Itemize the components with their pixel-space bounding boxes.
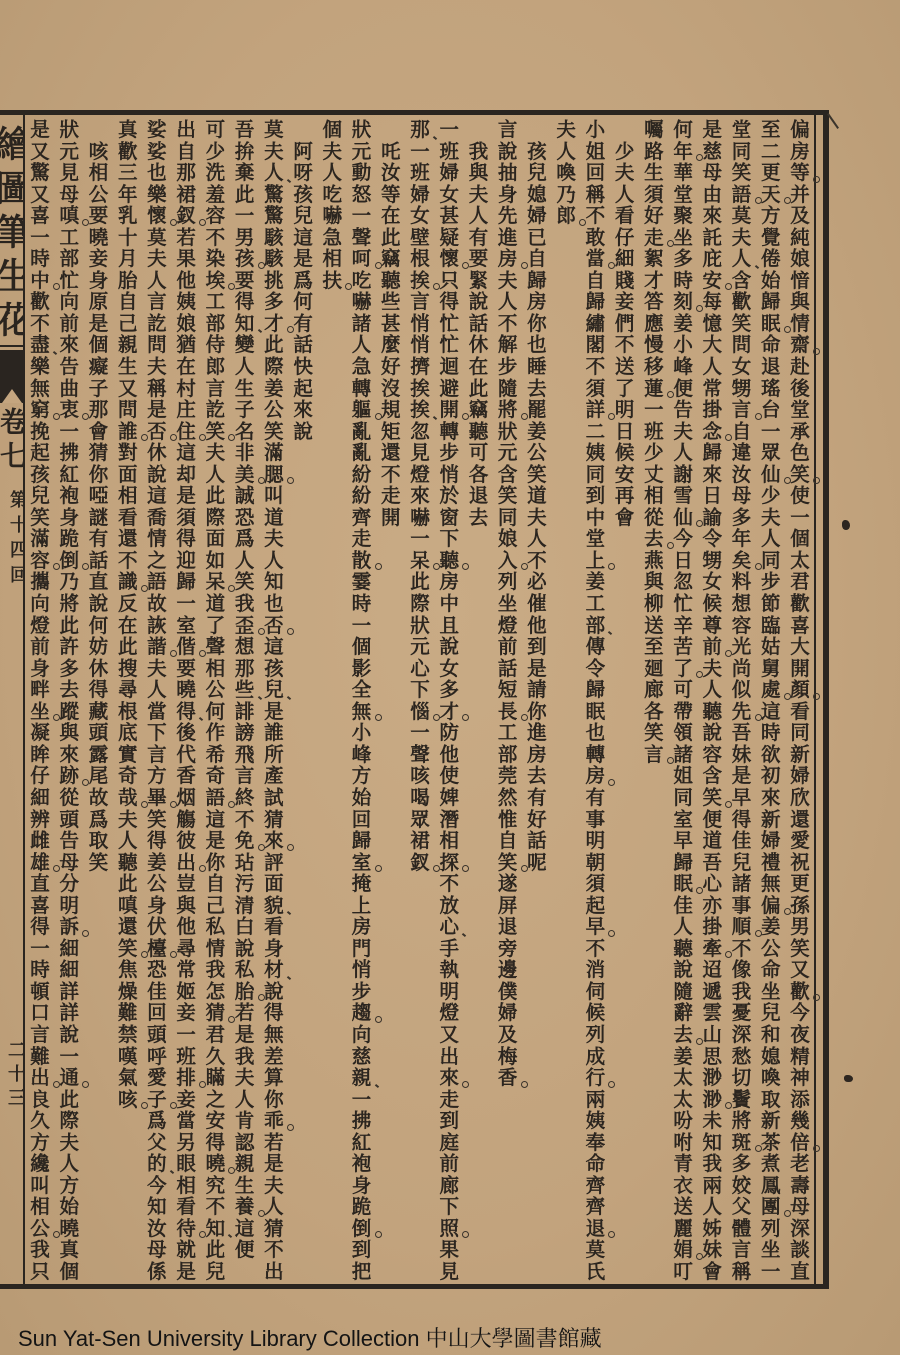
- character: 謝: [672, 464, 694, 486]
- punctuation-circle-icon: [258, 262, 265, 269]
- character: 悄: [438, 464, 460, 486]
- character: 這: [263, 636, 285, 658]
- character: 生: [643, 162, 665, 184]
- character: 到: [438, 1110, 460, 1132]
- character: 女: [438, 658, 460, 680]
- character: 歡: [117, 141, 139, 163]
- character: 曲: [58, 378, 80, 400]
- character: 咳: [409, 765, 431, 787]
- character: 一: [351, 615, 373, 637]
- character: 等: [789, 162, 811, 184]
- page-margin-banxin: 繪圖筆生花 卷七 第十四回 二十三: [0, 115, 23, 1284]
- character: 夫: [321, 141, 343, 163]
- character: 相: [175, 1175, 197, 1197]
- character: 個: [321, 119, 343, 141]
- character: 至: [760, 119, 782, 141]
- character: 辛: [672, 615, 694, 637]
- character: 也: [584, 722, 606, 744]
- character: 慈: [701, 141, 723, 163]
- character: 欣: [789, 787, 811, 809]
- text-column: 真歡三年乳十月胎自己親生又問誰對面相看還不識反在此搜尋根底實奇哉夫人聽此嗔還笑焦…: [117, 119, 139, 1110]
- character: 一: [409, 528, 431, 550]
- character: 才: [438, 701, 460, 723]
- character: 奇: [117, 765, 139, 787]
- character: 婦: [526, 205, 548, 227]
- character: 話: [87, 550, 109, 572]
- character: 夫: [146, 248, 168, 270]
- character: 了: [204, 615, 226, 637]
- character: 月: [117, 248, 139, 270]
- character: 入: [497, 550, 519, 572]
- character: 識: [117, 571, 139, 593]
- character: 笑: [643, 722, 665, 744]
- character: 中: [29, 270, 51, 292]
- character: 他: [438, 744, 460, 766]
- punctuation-circle-icon: [141, 434, 148, 441]
- character: 公: [29, 1218, 51, 1240]
- character: 佳: [731, 830, 753, 852]
- character: 託: [701, 227, 723, 249]
- character: 是: [146, 399, 168, 421]
- character: 嚇: [321, 205, 343, 227]
- character: 前: [701, 636, 723, 658]
- character: 把: [351, 1261, 373, 1283]
- character: 忽: [672, 571, 694, 593]
- character: 他: [526, 615, 548, 637]
- character: 及: [497, 1024, 519, 1046]
- text-column: 偏房等并及純娘愔與情齋赴後堂承色笑使一個太君歡喜大開顏看同新婦欣還愛祝更孫男笑又…: [789, 119, 811, 1283]
- character: 纔: [29, 1153, 51, 1175]
- character: 嗔: [58, 205, 80, 227]
- character: 夫: [263, 141, 285, 163]
- punctuation-circle-icon: [375, 714, 382, 721]
- character: 私: [234, 959, 256, 981]
- text-column: 娑娑也樂懷莫夫人言訖問夫稱是否休說這喬情之語故詼諧夫人當下言方畢笑得姜公身伏檯恐…: [146, 119, 168, 1283]
- character: 聚: [672, 205, 694, 227]
- character: 身: [29, 658, 51, 680]
- character: 憂: [731, 1002, 753, 1024]
- character: 公: [204, 679, 226, 701]
- character: 會: [614, 507, 636, 529]
- character: 退: [467, 485, 489, 507]
- character: 婦: [497, 1002, 519, 1024]
- character: 得: [204, 1132, 226, 1154]
- character: 人: [701, 1196, 723, 1218]
- character: 歸: [672, 852, 694, 874]
- character: 言: [29, 1024, 51, 1046]
- character: 狀: [58, 119, 80, 141]
- character: 應: [643, 313, 665, 335]
- character: 來: [58, 334, 80, 356]
- character: 呼: [146, 1046, 168, 1068]
- punctuation-circle-icon: [813, 994, 820, 1001]
- punctuation-circle-icon: [608, 779, 615, 786]
- character: 住: [175, 421, 197, 443]
- character: 列: [760, 1218, 782, 1240]
- character: 與: [175, 895, 197, 917]
- character: 新: [760, 1110, 782, 1132]
- character: 是: [87, 313, 109, 335]
- character: 面: [263, 873, 285, 895]
- character: 待: [175, 1218, 197, 1240]
- character: 駭: [263, 248, 285, 270]
- character: 青: [672, 1153, 694, 1175]
- character: 潛: [438, 809, 460, 831]
- character: 愁: [731, 1046, 753, 1068]
- character: 每: [701, 291, 723, 313]
- character: 將: [497, 399, 519, 421]
- character: 若: [263, 1132, 285, 1154]
- punctuation-circle-icon: [375, 865, 382, 872]
- character: 迎: [175, 550, 197, 572]
- character: 又: [117, 378, 139, 400]
- character: 在: [380, 205, 402, 227]
- character: 夫: [526, 507, 548, 529]
- character: 瞞: [204, 1067, 226, 1089]
- character: 衣: [672, 1175, 694, 1197]
- character: 坐: [497, 593, 519, 615]
- character: 身: [351, 1175, 373, 1197]
- character: 下: [438, 528, 460, 550]
- character: 公: [526, 442, 548, 464]
- character: 笑: [146, 809, 168, 831]
- character: 咳: [117, 1089, 139, 1111]
- character: 挨: [409, 399, 431, 421]
- character: 各: [467, 464, 489, 486]
- punctuation-circle-icon: [521, 865, 528, 872]
- character: 候: [701, 593, 723, 615]
- character: 他: [175, 916, 197, 938]
- character: 先: [731, 701, 753, 723]
- character: 婢: [438, 787, 460, 809]
- text-column: 言說抽身先進房夫人不解步隨將狀元含笑同娘入列坐燈前話短長工部莞然惟自笑遂屏退旁邊…: [497, 119, 519, 1089]
- character: 之: [204, 1089, 226, 1111]
- character: 否: [263, 615, 285, 637]
- character: 人: [204, 464, 226, 486]
- character: 狀: [497, 421, 519, 443]
- character: 不: [204, 1196, 226, 1218]
- character: 坐: [760, 981, 782, 1003]
- character: 看: [614, 205, 636, 227]
- character: 方: [146, 765, 168, 787]
- character: 隨: [497, 378, 519, 400]
- character: 說: [58, 1024, 80, 1046]
- character: 嘆: [117, 1046, 139, 1068]
- character: 私: [204, 916, 226, 938]
- character: 人: [701, 356, 723, 378]
- character: 隨: [672, 981, 694, 1003]
- character: 華: [672, 162, 694, 184]
- character: 規: [380, 399, 402, 421]
- character: 眠: [672, 873, 694, 895]
- punctuation-circle-icon: [462, 714, 469, 721]
- character: 班: [643, 421, 665, 443]
- character: 在: [117, 615, 139, 637]
- character: 甥: [701, 550, 723, 572]
- character: 說: [672, 959, 694, 981]
- character: 眠: [584, 701, 606, 723]
- character: 稱: [731, 1261, 753, 1283]
- character: 人: [731, 248, 753, 270]
- character: 自: [175, 141, 197, 163]
- character: 同: [760, 550, 782, 572]
- punctuation-circle-icon: [696, 1038, 703, 1045]
- character: 坐: [29, 701, 51, 723]
- text-column: 是又驚又喜一時中歡不盡樂無窮挽起孩兒笑滿容攜向燈前身畔坐凝眸仔細辨雌雄直喜得一時…: [29, 119, 51, 1283]
- character: 安: [204, 1110, 226, 1132]
- character: 行: [584, 1067, 606, 1089]
- character: 時: [29, 248, 51, 270]
- character: 身: [146, 895, 168, 917]
- character: 忙: [438, 334, 460, 356]
- character: 說: [467, 291, 489, 313]
- character: 催: [526, 593, 548, 615]
- character: 不: [438, 873, 460, 895]
- character: 掛: [701, 916, 723, 938]
- character: 二: [584, 421, 606, 443]
- character: 房: [438, 571, 460, 593]
- text-column: 狀元動怒一聲呵吃嚇諸人急轉軀亂亂紛紛齊走散霎時一個影全無小峰方始回歸室掩上房門悄…: [351, 119, 373, 1283]
- character: 令: [701, 528, 723, 550]
- character: 得: [731, 809, 753, 831]
- character: 再: [614, 485, 636, 507]
- character: 猜: [204, 1002, 226, 1024]
- character: 人: [672, 916, 694, 938]
- character: 今: [789, 1002, 811, 1024]
- character: 個: [58, 1261, 80, 1283]
- character: 裙: [409, 830, 431, 852]
- character: 眼: [175, 1153, 197, 1175]
- character: 袍: [351, 1153, 373, 1175]
- character: 想: [731, 593, 753, 615]
- character: 代: [175, 744, 197, 766]
- character: 恐: [234, 507, 256, 529]
- character: 回: [351, 809, 373, 831]
- character: 拚: [234, 141, 256, 163]
- character: 姜: [672, 1046, 694, 1068]
- character: 從: [643, 507, 665, 529]
- punctuation-circle-icon: [813, 1145, 820, 1152]
- character: 道: [204, 593, 226, 615]
- character: 吩: [672, 1110, 694, 1132]
- character: 便: [672, 378, 694, 400]
- character: 姑: [760, 636, 782, 658]
- character: 此: [409, 571, 431, 593]
- character: 是: [175, 1261, 197, 1283]
- character: 遂: [497, 873, 519, 895]
- character: 際: [204, 507, 226, 529]
- character: 吾: [731, 722, 753, 744]
- character: 悄: [351, 959, 373, 981]
- character: 算: [263, 1067, 285, 1089]
- character: 各: [643, 701, 665, 723]
- character: 孩: [526, 141, 548, 163]
- character: 走: [438, 1089, 460, 1111]
- character: 怒: [351, 184, 373, 206]
- character: 時: [760, 722, 782, 744]
- character: 便: [701, 809, 723, 831]
- punctuation-circle-icon: [375, 563, 382, 570]
- character: 夫: [614, 162, 636, 184]
- character: 不: [380, 464, 402, 486]
- character: 拂: [351, 1110, 373, 1132]
- character: 要: [175, 658, 197, 680]
- character: 安: [614, 464, 636, 486]
- character: 像: [731, 959, 753, 981]
- character: 部: [584, 615, 606, 637]
- character: 人: [146, 679, 168, 701]
- character: 壽: [789, 1175, 811, 1197]
- character: 若: [175, 227, 197, 249]
- character: 事: [584, 809, 606, 831]
- character: 邊: [497, 959, 519, 981]
- character: 去: [643, 528, 665, 550]
- character: 得: [146, 830, 168, 852]
- character: 奇: [204, 765, 226, 787]
- character: 出: [175, 852, 197, 874]
- character: 去: [467, 507, 489, 529]
- character: 笑: [789, 464, 811, 486]
- character: 駭: [263, 227, 285, 249]
- character: 美: [234, 464, 256, 486]
- character: 齋: [789, 334, 811, 356]
- character: 頭: [87, 722, 109, 744]
- character: 郎: [555, 205, 577, 227]
- character: 良: [29, 1089, 51, 1111]
- character: 謗: [234, 722, 256, 744]
- character: 談: [789, 1239, 811, 1261]
- character: 白: [234, 916, 256, 938]
- character: 出: [29, 1067, 51, 1089]
- character: 諧: [146, 636, 168, 658]
- punctuation-circle-icon: [462, 865, 469, 872]
- character: 怎: [204, 981, 226, 1003]
- character: 夫: [731, 227, 753, 249]
- punctuation-circle-icon: [462, 413, 469, 420]
- character: 聽: [380, 270, 402, 292]
- character: 乳: [117, 205, 139, 227]
- character: 身: [497, 184, 519, 206]
- character: 際: [58, 1110, 80, 1132]
- character: 蓮: [643, 378, 665, 400]
- character: 乃: [555, 184, 577, 206]
- character: 聲: [204, 636, 226, 658]
- character: 送: [614, 356, 636, 378]
- character: 同: [731, 141, 753, 163]
- character: 詳: [58, 981, 80, 1003]
- character: 聽: [701, 701, 723, 723]
- character: 出: [175, 119, 197, 141]
- character: 紅: [351, 1132, 373, 1154]
- character: 真: [58, 1239, 80, 1261]
- character: 乖: [263, 1110, 285, 1132]
- character: 竊: [467, 399, 489, 421]
- character: 廊: [643, 679, 665, 701]
- character: 莫: [584, 1239, 606, 1261]
- character: 兒: [204, 1261, 226, 1283]
- character: 諸: [351, 313, 373, 335]
- character: 歸: [351, 830, 373, 852]
- character: 看: [175, 1196, 197, 1218]
- frame-top-rule: [0, 110, 829, 115]
- character: 猜: [263, 1218, 285, 1240]
- character: 養: [234, 1196, 256, 1218]
- character: 擠: [409, 356, 431, 378]
- character: 元: [497, 442, 519, 464]
- character: 明: [58, 895, 80, 917]
- punctuation-circle-icon: [258, 477, 265, 484]
- character: 一: [58, 421, 80, 443]
- character: 和: [760, 1024, 782, 1046]
- character: 娟: [672, 1239, 694, 1261]
- character: 實: [117, 744, 139, 766]
- character: 君: [789, 571, 811, 593]
- punctuation-circle-icon: [521, 1081, 528, 1088]
- character: 容: [701, 744, 723, 766]
- character: 新: [760, 809, 782, 831]
- character: 窗: [438, 507, 460, 529]
- character: 妾: [614, 291, 636, 313]
- text-column: 個夫人吃嚇急相扶: [321, 119, 343, 291]
- character: 婦: [438, 162, 460, 184]
- character: 今: [146, 1175, 168, 1197]
- character: 得: [234, 291, 256, 313]
- character: 言: [146, 291, 168, 313]
- character: 狀: [409, 615, 431, 637]
- character: 聽: [467, 421, 489, 443]
- character: 工: [204, 291, 226, 313]
- character: 知: [263, 571, 285, 593]
- character: 告: [58, 356, 80, 378]
- character: 答: [643, 291, 665, 313]
- character: 尋: [175, 938, 197, 960]
- character: 霎: [351, 571, 373, 593]
- character: 不: [117, 550, 139, 572]
- character: 與: [467, 162, 489, 184]
- character: 諸: [731, 873, 753, 895]
- character: 執: [438, 959, 460, 981]
- character: 夫: [204, 442, 226, 464]
- character: 妨: [87, 636, 109, 658]
- character: 明: [438, 981, 460, 1003]
- character: 向: [351, 1024, 373, 1046]
- character: 狀: [351, 119, 373, 141]
- character: 女: [409, 205, 431, 227]
- character: 咳: [87, 141, 109, 163]
- character: 細: [58, 959, 80, 981]
- character: 之: [146, 550, 168, 572]
- character: 人: [321, 162, 343, 184]
- character: 語: [146, 571, 168, 593]
- character: 轉: [584, 744, 606, 766]
- character: 難: [29, 1046, 51, 1068]
- character: 解: [497, 334, 519, 356]
- character: 偏: [760, 895, 782, 917]
- character: 是: [526, 658, 548, 680]
- character: 說: [497, 141, 519, 163]
- punctuation-circle-icon: [375, 413, 382, 420]
- character: 姊: [701, 1218, 723, 1240]
- character: 且: [438, 615, 460, 637]
- character: 公: [760, 938, 782, 960]
- punctuation-tick-icon: [608, 631, 612, 635]
- character: 有: [467, 227, 489, 249]
- character: 會: [701, 1261, 723, 1283]
- character: 取: [87, 830, 109, 852]
- character: 舅: [760, 658, 782, 680]
- character: 賤: [614, 270, 636, 292]
- character: 人: [760, 528, 782, 550]
